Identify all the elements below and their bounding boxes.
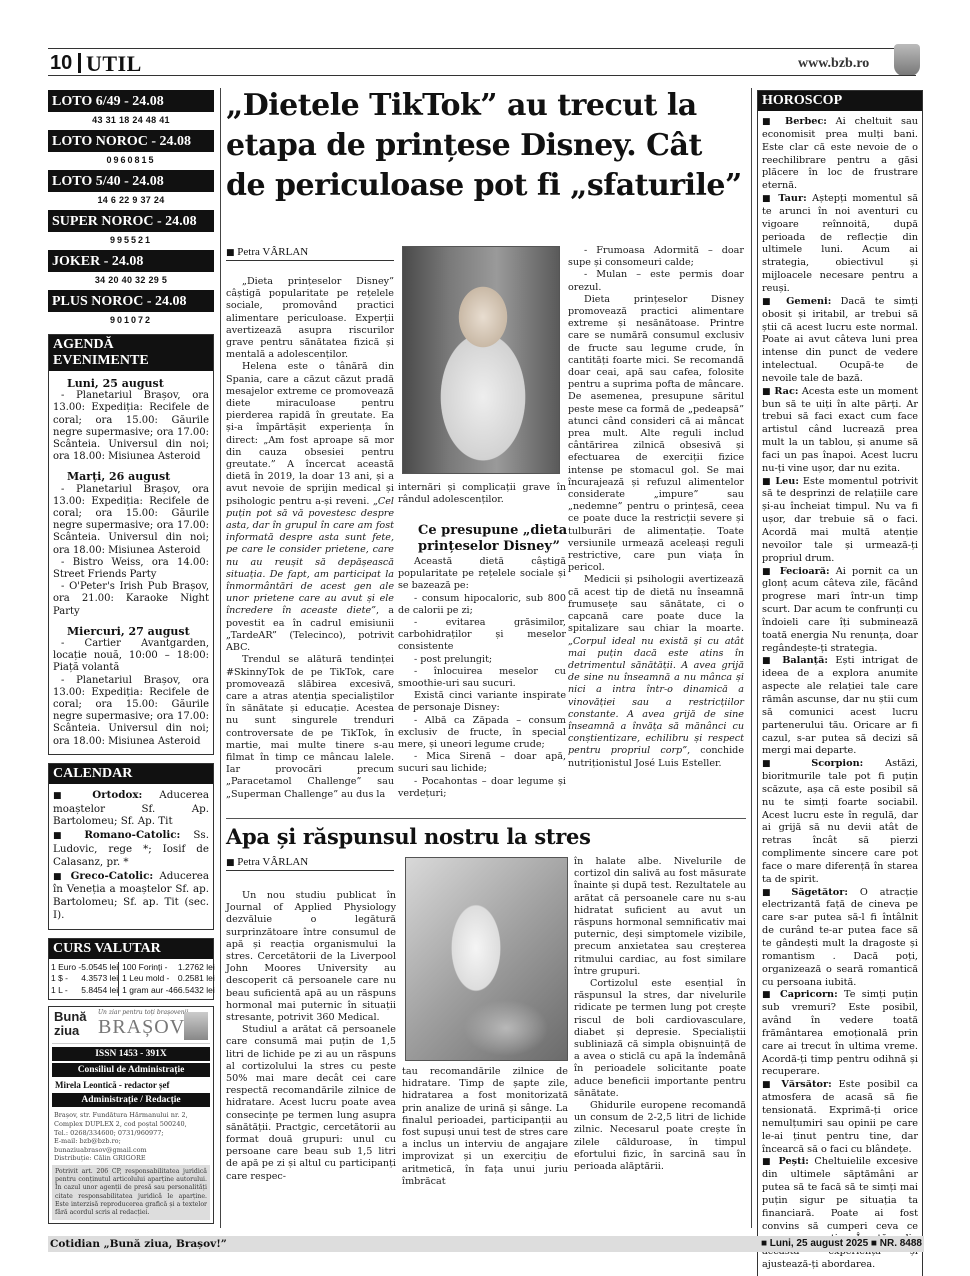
paragraph: Există cinci variante inspirate de perso… xyxy=(398,690,566,714)
calendar-entry: ■ Greco-Catolic: Aducerea în Veneția a m… xyxy=(53,870,209,922)
article2-column-3: în halate albe. Nivelurile de cortizol d… xyxy=(574,856,746,1173)
horoscope-entry: ■ Scorpion: Astăzi, bioritmurile tale po… xyxy=(762,758,918,886)
agenda-box: AGENDĂ EVENIMENTE Luni, 25 august - Plan… xyxy=(48,334,214,755)
currency-unit: 1 L - xyxy=(51,985,68,997)
list-item: - Pocahontas – doar legume și verdețuri; xyxy=(398,776,566,800)
horoscope-text: Te simți puțin sub vremuri? Este posibil… xyxy=(762,989,918,1077)
agenda-event: - Planetariul Brașov, ora 13.00: Expediț… xyxy=(53,675,209,748)
paragraph: Dieta prințeselor Disney promovează prac… xyxy=(568,294,744,575)
paragraph: Un nou studiu publicat în Journal of App… xyxy=(226,890,396,1024)
newspaper-logo: Bună ziua Un ziar pentru toți brașovenii… xyxy=(52,1010,210,1044)
address-line: Brașov, str. Fundătura Hărmanului nr. 2, xyxy=(54,1111,208,1120)
article1-column-2-top: internări și complicații grave în rândul… xyxy=(398,482,566,506)
horoscope-entry: ■ Fecioară: Ai pornit ca un glonț acum c… xyxy=(762,566,918,656)
bullet-square-icon: ■ xyxy=(226,858,235,868)
logo-city: BRAȘOV xyxy=(98,1016,185,1039)
bullet-square-icon: ■ xyxy=(762,990,774,1000)
bullet-square-icon: ■ xyxy=(762,387,771,397)
lottery-numbers: 901072 xyxy=(48,312,214,330)
list-item: - Albă ca Zăpada – consum exclusiv de fr… xyxy=(398,715,566,752)
exchange-row: 1 $ -4.3573 lei xyxy=(51,973,118,985)
calendar-rite: Ortodox: xyxy=(92,789,142,801)
exchange-row: 1 Leu mold -0.2581 lei xyxy=(122,973,215,985)
calendar-body: ■ Ortodox: Aducerea moaștelor Sf. Ap. Ba… xyxy=(49,784,213,929)
lottery-numbers: 14 6 22 9 37 24 xyxy=(48,192,214,210)
agenda-event: - Bistro Weiss, ora 14.00: Street Friend… xyxy=(53,557,209,581)
zodiac-sign: Capricorn: xyxy=(780,989,838,1000)
article1-subheading: Ce presupune „dieta prințeselor Disney” xyxy=(418,523,568,555)
contact-details: Brașov, str. Fundătura Hărmanului nr. 2,… xyxy=(52,1109,210,1165)
exchange-row: 1 L -5.8454 lei xyxy=(51,985,118,997)
exchange-column: 1 Euro -5.0545 lei 1 $ -4.3573 lei 1 L -… xyxy=(51,962,118,997)
horoscope-text: Este posibil ca atmosfera de acasă să fi… xyxy=(762,1079,918,1154)
board-title: Consiliul de Administrație xyxy=(52,1063,210,1077)
article1-column-2: Această dietă câștigă popularitate pe re… xyxy=(398,556,566,800)
issn: ISSN 1453 - 391X xyxy=(52,1047,210,1061)
issue-number: NR. 8488 xyxy=(880,1238,922,1249)
calendar-rite: Romano-Catolic: xyxy=(84,829,180,841)
lottery-numbers: 995521 xyxy=(48,232,214,250)
agenda-body: Luni, 25 august - Planetariul Brașov, or… xyxy=(49,371,213,754)
calendar-title: CALENDAR xyxy=(49,764,213,784)
phone-line: Tel.: 0268/334600; 0731/960977; xyxy=(54,1129,208,1138)
page-number: 10 xyxy=(50,52,72,75)
agenda-title: AGENDĂ EVENIMENTE xyxy=(49,335,213,371)
list-item: - Frumoasa Adormită – doar supe și conso… xyxy=(568,245,744,269)
zodiac-sign: Pești: xyxy=(778,1156,808,1167)
city-crest-icon xyxy=(894,44,920,76)
paragraph-text: Helena este o tânără din Spania, care a … xyxy=(226,361,394,506)
editor-in-chief: Mirela Leontică - redactor șef xyxy=(52,1079,210,1091)
zodiac-sign: Taur: xyxy=(778,193,806,204)
lottery-title: LOTO 6/49 - 24.08 xyxy=(48,90,214,112)
bullet-square-icon: ■ xyxy=(762,656,775,666)
logo-crest-icon xyxy=(184,1012,208,1040)
article1-column-3: - Frumoasa Adormită – doar supe și conso… xyxy=(568,245,744,770)
article1-headline: „Dietele TikTok” au trecut la etapa de p… xyxy=(226,86,746,206)
author-name: Petra VÂRLAN xyxy=(237,856,308,868)
horoscope-entry: ■ Gemeni: Dacă te simți obosit și iritab… xyxy=(762,296,918,386)
lottery-title: SUPER NOROC - 24.08 xyxy=(48,210,214,232)
paragraph: Ghidurile europene recomandă un consum d… xyxy=(574,1100,746,1173)
list-item: - post prelungit; xyxy=(398,654,566,666)
lottery-numbers: 34 20 40 32 29 5 xyxy=(48,272,214,290)
distribution-line: Distribuție: Călin GRIGORE xyxy=(54,1154,208,1163)
currency-unit: 1 Euro - xyxy=(51,962,81,974)
horoscope-entry: ■ Vărsător: Este posibil ca atmosfera de… xyxy=(762,1079,918,1156)
list-item: - Mulan – este permis doar orezul. xyxy=(568,269,744,293)
horoscope-entry: ■ Capricorn: Te simți puțin sub vremuri?… xyxy=(762,989,918,1079)
list-item: - Mica Sirenă – doar apă, sucuri sau lic… xyxy=(398,751,566,775)
article2-headline: Apa și răspunsul nostru la stres xyxy=(226,824,746,850)
bullet-square-icon: ■ xyxy=(761,1238,767,1249)
bullet-square-icon: ■ xyxy=(762,477,771,487)
bullet-square-icon: ■ xyxy=(871,1238,877,1249)
paragraph: Helena este o tânără din Spania, care a … xyxy=(226,361,394,654)
horoscope-text: Astăzi, bioritmurile tale pot fi puțin s… xyxy=(762,758,918,885)
quote-text: „Corpul ideal nu există și cu atât mai p… xyxy=(568,636,744,757)
horoscope-entry: ■ Săgetător: O atracție electrizantă faț… xyxy=(762,887,918,990)
agenda-day: Miercuri, 27 august xyxy=(53,626,209,638)
zodiac-sign: Rac: xyxy=(774,386,798,397)
column-divider xyxy=(220,88,221,1228)
column-divider xyxy=(751,88,752,1228)
horoscope-entry: ■ Taur: Aștepți momentul să te arunci în… xyxy=(762,193,918,296)
paragraph: „Dieta prințeselor Disney” câștigă popul… xyxy=(226,276,394,361)
horoscope-text: O atracție electrizantă față de cineva p… xyxy=(762,887,918,988)
lottery-title: PLUS NOROC - 24.08 xyxy=(48,290,214,312)
currency-value: 466.5432 lei xyxy=(168,985,214,997)
bullet-square-icon: ■ xyxy=(762,117,776,127)
agenda-event: - Planetariul Brașov, ora 13.00: Expediț… xyxy=(53,484,209,557)
bullet-square-icon: ■ xyxy=(762,194,773,204)
zodiac-sign: Săgetător: xyxy=(791,887,848,898)
horoscope-entry: ■ Leu: Este momentul potrivit să te desp… xyxy=(762,476,918,566)
exchange-title: CURS VALUTAR xyxy=(49,939,213,959)
zodiac-sign: Vărsător: xyxy=(781,1079,831,1090)
author-name: Petra VÂRLAN xyxy=(237,246,308,258)
issue-info: ■ Luni, 25 august 2025 ■ NR. 8488 xyxy=(761,1236,922,1252)
lottery-title: LOTO 5/40 - 24.08 xyxy=(48,170,214,192)
horoscope-text: Ai pornit ca un glonț acum câteva zile, … xyxy=(762,566,918,654)
calendar-entry: ■ Ortodox: Aducerea moaștelor Sf. Ap. Ba… xyxy=(53,789,209,828)
logo-word-bottom: ziua xyxy=(54,1024,87,1038)
agenda-day: Marți, 26 august xyxy=(53,471,209,483)
lottery-title: JOKER - 24.08 xyxy=(48,250,214,272)
currency-unit: 1 gram aur - xyxy=(122,985,168,997)
exchange-row: 1 Euro -5.0545 lei xyxy=(51,962,118,974)
currency-value: 5.0545 lei xyxy=(81,962,118,974)
header-bottom-rule xyxy=(48,75,916,76)
bullet-square-icon: ■ xyxy=(762,888,779,898)
zodiac-sign: Gemeni: xyxy=(786,296,831,307)
article2-photo xyxy=(405,857,568,1061)
horoscope-text: Dacă te simți obosit și iritabil, ar tre… xyxy=(762,296,918,384)
lottery-results: LOTO 6/49 - 24.08 43 31 18 24 48 41 LOTO… xyxy=(48,90,214,330)
section-separator xyxy=(78,53,81,73)
agenda-event: - O'Peter's Irish Pub Brașov, ora 21.00:… xyxy=(53,581,209,618)
horoscope-entry: ■ Rac: Acesta este un moment bun să te u… xyxy=(762,386,918,476)
lottery-numbers: 0960815 xyxy=(48,152,214,170)
bullet-square-icon: ■ xyxy=(53,872,64,882)
paragraph: Trendul se alătură tendinței #SkinnyTok … xyxy=(226,654,394,800)
horoscope-entry: ■ Pești: Cheltuielile excesive din ultim… xyxy=(762,1156,918,1272)
agenda-event: - Cartier Avantgarden, locație nouă, 10:… xyxy=(53,638,209,675)
horoscope-text: Ești intrigat de ideea de a explora anum… xyxy=(762,655,918,756)
list-item: - consum hipocaloric, sub 800 de calorii… xyxy=(398,593,566,617)
bullet-square-icon: ■ xyxy=(226,248,235,258)
email-line[interactable]: E-mail: bzb@bzb.ro; bunaziuabrasov@gmail… xyxy=(54,1137,208,1154)
currency-unit: 100 Forinți - xyxy=(122,962,167,974)
bullet-square-icon: ■ xyxy=(762,567,774,577)
page-footer: Cotidian „Bună ziua, Brașov!” ■ Luni, 25… xyxy=(48,1236,924,1252)
calendar-box: CALENDAR ■ Ortodox: Aducerea moaștelor S… xyxy=(48,763,214,930)
lottery-numbers: 43 31 18 24 48 41 xyxy=(48,112,214,130)
logo-wordmark: Bună ziua xyxy=(54,1010,87,1038)
exchange-column: 100 Forinți -1.2762 lei 1 Leu mold -0.25… xyxy=(118,962,215,997)
horoscope-entry: ■ Balanță: Ești intrigat de ideea de a e… xyxy=(762,655,918,758)
logo-word-top: Bună xyxy=(54,1010,87,1024)
bullet-square-icon: ■ xyxy=(762,1080,774,1090)
left-sidebar: LOTO 6/49 - 24.08 43 31 18 24 48 41 LOTO… xyxy=(48,90,214,1224)
currency-value: 4.3573 lei xyxy=(81,973,118,985)
logo-tagline: Un ziar pentru toți brașovenii xyxy=(98,1009,188,1016)
horoscope-text: Acesta este un moment bun să te uiți în … xyxy=(762,386,918,474)
horoscope-body: ■ Berbec: Ai cheltuit sau economisit pre… xyxy=(758,111,922,1276)
bullet-square-icon: ■ xyxy=(762,1157,773,1167)
horoscope-text: Ai cheltuit sau economisit prea mulți ba… xyxy=(762,116,918,191)
zodiac-sign: Leu: xyxy=(775,476,799,487)
lottery-title: LOTO NOROC - 24.08 xyxy=(48,130,214,152)
bullet-square-icon: ■ xyxy=(53,791,75,801)
zodiac-sign: Berbec: xyxy=(785,116,827,127)
article-separator xyxy=(226,818,746,819)
calendar-rite: Greco-Catolic: xyxy=(71,870,154,882)
site-url-link[interactable]: www.bzb.ro xyxy=(798,56,869,72)
article2-column-1: Un nou studiu publicat în Journal of App… xyxy=(226,890,396,1183)
article1-photo xyxy=(402,246,560,474)
currency-value: 0.2581 lei xyxy=(178,973,215,985)
list-item: - înlocuirea meselor cu smoothie-uri sau… xyxy=(398,666,566,690)
article1-byline: ■ Petra VÂRLAN xyxy=(226,246,394,261)
paragraph: tau recomandările zilnice de hidratare. … xyxy=(402,1066,568,1188)
bullet-square-icon: ■ xyxy=(53,831,71,841)
paragraph: internări și complicații grave în rândul… xyxy=(398,482,566,506)
list-item: - evitarea grăsimilor, carbohidraților ș… xyxy=(398,617,566,654)
currency-value: 1.2762 lei xyxy=(178,962,215,974)
horoscope-text: Cheltuielile excesive din ultimele săptă… xyxy=(762,1156,918,1270)
paragraph: Medicii și psihologii avertizează că ace… xyxy=(568,574,744,769)
bullet-square-icon: ■ xyxy=(762,759,789,769)
horoscope-box: HOROSCOP ■ Berbec: Ai cheltuit sau econo… xyxy=(757,90,923,1276)
publication-name: Cotidian „Bună ziua, Brașov!” xyxy=(50,1236,227,1252)
currency-unit: 1 Leu mold - xyxy=(122,973,169,985)
admin-title: Administrație / Redacție xyxy=(52,1093,210,1107)
horoscope-title: HOROSCOP xyxy=(758,91,922,111)
issue-date: Luni, 25 august 2025 xyxy=(770,1238,868,1249)
exchange-box: CURS VALUTAR 1 Euro -5.0545 lei 1 $ -4.3… xyxy=(48,938,214,1001)
paragraph: Studiul a arătat că persoanele care cons… xyxy=(226,1024,396,1183)
article1-column-1: „Dieta prințeselor Disney” câștigă popul… xyxy=(226,276,394,801)
exchange-table: 1 Euro -5.0545 lei 1 $ -4.3573 lei 1 L -… xyxy=(49,959,213,1000)
horoscope-text: Aștepți momentul să te arunci în noi ave… xyxy=(762,193,918,294)
zodiac-sign: Scorpion: xyxy=(811,758,863,769)
calendar-entry: ■ Romano-Catolic: Ss. Ludovic, rege *; I… xyxy=(53,829,209,868)
agenda-day: Luni, 25 august xyxy=(53,378,209,390)
address-line: Complex DUPLEX 2, cod poștal 500240, xyxy=(54,1120,208,1129)
quote-text: „Cel puțin pot să vă povestesc despre as… xyxy=(226,496,394,617)
bullet-square-icon: ■ xyxy=(762,297,777,307)
imprint-box: Bună ziua Un ziar pentru toți brașovenii… xyxy=(48,1006,214,1224)
zodiac-sign: Balanță: xyxy=(782,655,828,666)
page-header: 10 UTIL www.bzb.ro xyxy=(48,48,928,78)
legal-notice: Potrivit art. 206 CP, responsabilitatea … xyxy=(52,1165,210,1220)
currency-unit: 1 $ - xyxy=(51,973,68,985)
paragraph: Cortizolul este esențial în răspunsul la… xyxy=(574,978,746,1100)
horoscope-entry: ■ Berbec: Ai cheltuit sau economisit pre… xyxy=(762,116,918,193)
horoscope-text: Este momentul potrivit să te desprinzi d… xyxy=(762,476,918,564)
article2-byline: ■ Petra VÂRLAN xyxy=(226,856,394,871)
exchange-row: 1 gram aur -466.5432 lei xyxy=(122,985,215,997)
currency-value: 5.8454 lei xyxy=(81,985,118,997)
paragraph-text: Medicii și psihologii avertizează că ace… xyxy=(568,574,744,634)
section-name: UTIL xyxy=(86,51,142,77)
header-top-rule xyxy=(48,48,904,49)
exchange-row: 100 Forinți -1.2762 lei xyxy=(122,962,215,974)
paragraph: în halate albe. Nivelurile de cortizol d… xyxy=(574,856,746,978)
agenda-event: - Planetariul Brașov, ora 13.00: Expediț… xyxy=(53,390,209,463)
paragraph: Această dietă câștigă popularitate pe re… xyxy=(398,556,566,593)
zodiac-sign: Fecioară: xyxy=(780,566,830,577)
article2-column-2: tau recomandările zilnice de hidratare. … xyxy=(402,1066,568,1188)
